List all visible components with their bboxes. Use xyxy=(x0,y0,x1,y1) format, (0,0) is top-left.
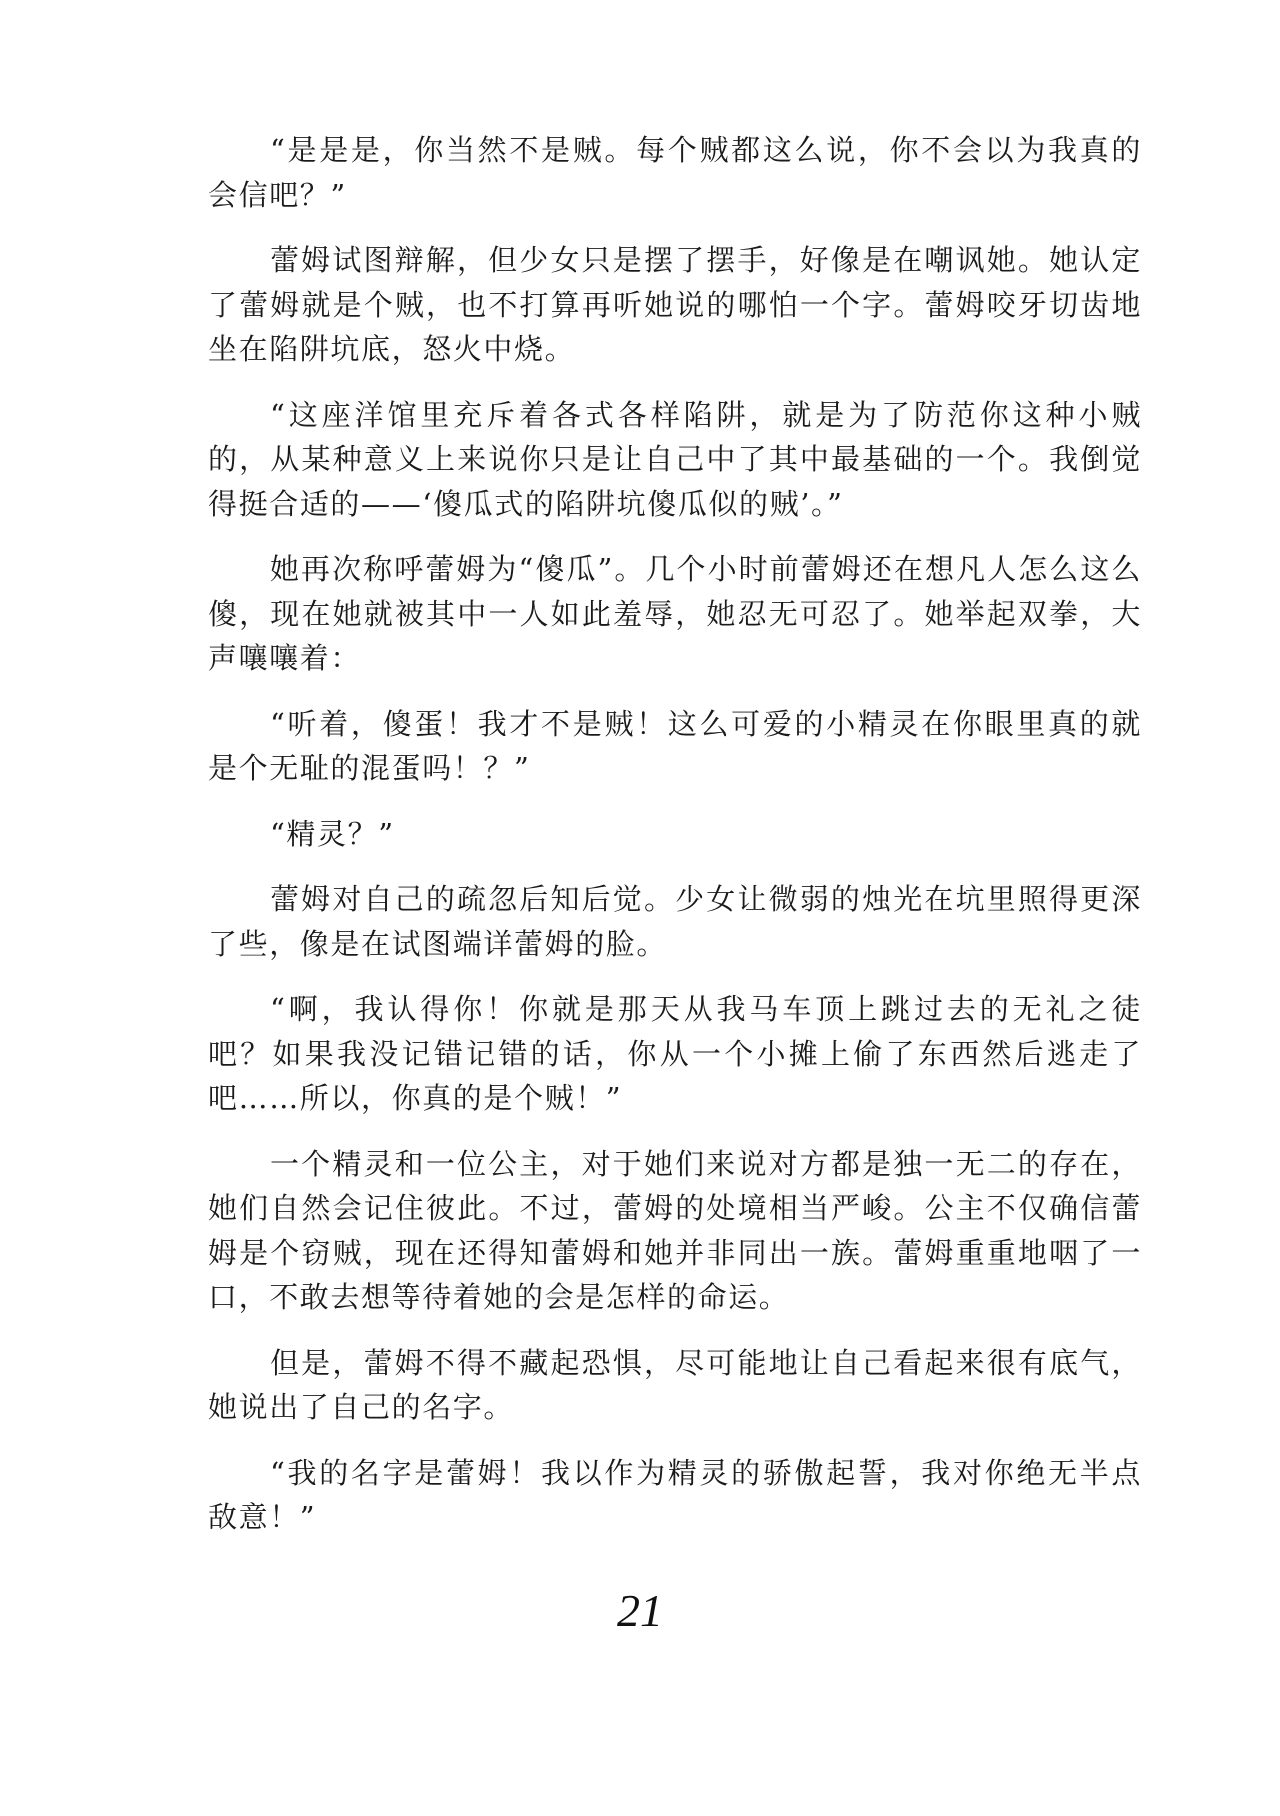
page-number: 21 xyxy=(0,1584,1280,1637)
paragraph-8: “啊，我认得你！你就是那天从我马车顶上跳过去的无礼之徒吧？如果我没记错记错的话，… xyxy=(208,987,1142,1121)
page-body: “是是是，你当然不是贼。每个贼都这么说，你不会以为我真的会信吧？” 蕾姆试图辩解… xyxy=(208,128,1142,1561)
paragraph-11: “我的名字是蕾姆！我以作为精灵的骄傲起誓，我对你绝无半点敌意！” xyxy=(208,1451,1142,1540)
paragraph-4: 她再次称呼蕾姆为“傻瓜”。几个小时前蕾姆还在想凡人怎么这么傻，现在她就被其中一人… xyxy=(208,547,1142,681)
paragraph-10: 但是，蕾姆不得不藏起恐惧，尽可能地让自己看起来很有底气，她说出了自己的名字。 xyxy=(208,1341,1142,1430)
paragraph-3: “这座洋馆里充斥着各式各样陷阱，就是为了防范你这种小贼的，从某种意义上来说你只是… xyxy=(208,393,1142,527)
paragraph-2: 蕾姆试图辩解，但少女只是摆了摆手，好像是在嘲讽她。她认定了蕾姆就是个贼，也不打算… xyxy=(208,238,1142,372)
paragraph-1: “是是是，你当然不是贼。每个贼都这么说，你不会以为我真的会信吧？” xyxy=(208,128,1142,217)
paragraph-9: 一个精灵和一位公主，对于她们来说对方都是独一无二的存在，她们自然会记住彼此。不过… xyxy=(208,1142,1142,1320)
paragraph-5: “听着，傻蛋！我才不是贼！这么可爱的小精灵在你眼里真的就是个无耻的混蛋吗！？” xyxy=(208,702,1142,791)
paragraph-6: “精灵？” xyxy=(208,812,1142,857)
paragraph-7: 蕾姆对自己的疏忽后知后觉。少女让微弱的烛光在坑里照得更深了些，像是在试图端详蕾姆… xyxy=(208,877,1142,966)
